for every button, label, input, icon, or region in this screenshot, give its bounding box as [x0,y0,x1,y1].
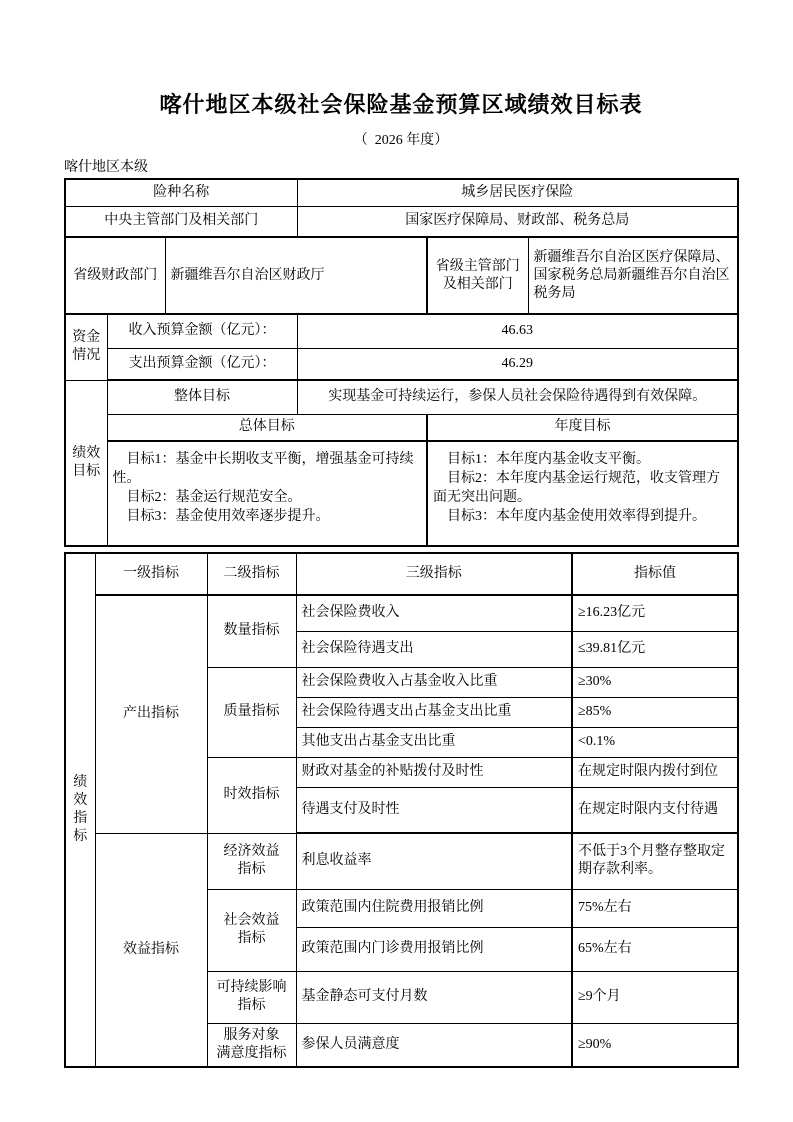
central-dept-label: 中央主管部门及相关部门 [65,206,297,237]
income-budget-row: 资金 情况 收入预算金额（亿元）： 46.63 [65,314,738,348]
goal-text-row: 目标1：基金中长期收支平衡，增强基金可持续性。 目标2：基金运行规范安全。 目标… [65,441,738,546]
basic-info-table: 险种名称 城乡居民医疗保险 中央主管部门及相关部门 国家医疗保障局、财政部、税务… [64,178,739,547]
expense-budget-label: 支出预算金额（亿元）： [107,348,297,380]
level2-header: 二级指标 [207,553,296,595]
level3-header: 三级指标 [296,553,572,595]
indicator-value-cell: ≥85% [572,697,738,727]
insurance-type-label: 险种名称 [65,179,297,206]
document-content: 喀什地区本级社会保险基金预算区域绩效目标表 （ 2026 年度） 喀什地区本级 … [64,92,738,1068]
indicator-value-cell: <0.1% [572,727,738,757]
indicator-value-cell: 65%左右 [572,927,738,971]
indicator-l2-cell: 服务对象 满意度指标 [207,1023,296,1067]
indicator-name-cell: 财政对基金的补贴拨付及时性 [296,757,572,787]
indicator-value-cell: 在规定时限内拨付到位 [572,757,738,787]
indicator-name-cell: 社会保险费收入占基金收入比重 [296,667,572,697]
overall-goal-label: 整体目标 [107,380,297,414]
income-budget-value: 46.63 [297,314,738,348]
expense-budget-value: 46.29 [297,348,738,380]
provincial-dept-value: 新疆维吾尔自治区医疗保障局、 国家税务总局新疆维吾尔自治区税务局 [528,237,738,314]
goal-headers-row: 总体目标 年度目标 [65,414,738,441]
indicator-l2-cell: 可持续影响 指标 [207,971,296,1023]
indicator-value-cell: ≥9个月 [572,971,738,1023]
overall-goal-row: 绩效 目标 整体目标 实现基金可持续运行，参保人员社会保险待遇得到有效保障。 [65,380,738,414]
general-goal-text: 目标1：基金中长期收支平衡，增强基金可持续性。 目标2：基金运行规范安全。 目标… [107,441,427,546]
funds-section-label: 资金 情况 [65,314,107,380]
indicator-value-cell: ≤39.81亿元 [572,631,738,667]
general-goal-header: 总体目标 [107,414,427,441]
indicator-value-cell: ≥30% [572,667,738,697]
document-page: 喀什地区本级社会保险基金预算区域绩效目标表 （ 2026 年度） 喀什地区本级 … [0,0,793,1122]
indicator-name-cell: 社会保险待遇支出 [296,631,572,667]
indicators-header-row: 绩效 指标 一级指标 二级指标 三级指标 指标值 [65,553,738,595]
central-dept-value: 国家医疗保障局、财政部、税务总局 [297,206,738,237]
insurance-type-row: 险种名称 城乡居民医疗保险 [65,179,738,206]
indicator-name-cell: 待遇支付及时性 [296,787,572,833]
insurance-type-value: 城乡居民医疗保险 [297,179,738,206]
indicator-name-cell: 基金静态可支付月数 [296,971,572,1023]
level1-header: 一级指标 [95,553,207,595]
overall-goal-value: 实现基金可持续运行，参保人员社会保险待遇得到有效保障。 [297,380,738,414]
indicator-value-cell: ≥16.23亿元 [572,595,738,631]
indicator-name-cell: 社会保险费收入 [296,595,572,631]
indicator-name-cell: 社会保险待遇支出占基金支出比重 [296,697,572,727]
provincial-dept-label: 省级主管部门 及相关部门 [427,237,528,314]
indicator-value-cell: ≥90% [572,1023,738,1067]
indicator-l1-cell: 效益指标 [95,833,207,1067]
indicator-name-cell: 政策范围内门诊费用报销比例 [296,927,572,971]
annual-goal-text: 目标1：本年度内基金收支平衡。 目标2：本年度内基金运行规范，收支管理方面无突出… [427,441,738,546]
expense-budget-row: 支出预算金额（亿元）： 46.29 [65,348,738,380]
indicator-value-cell: 不低于3个月整存整取定期存款利率。 [572,833,738,889]
value-header: 指标值 [572,553,738,595]
indicator-name-cell: 利息收益率 [296,833,572,889]
indicator-l2-cell: 数量指标 [207,595,296,667]
indicator-name-cell: 政策范围内住院费用报销比例 [296,889,572,927]
document-title: 喀什地区本级社会保险基金预算区域绩效目标表 [64,92,738,118]
provincial-dept-row: 省级财政部门 新疆维吾尔自治区财政厅 省级主管部门 及相关部门 新疆维吾尔自治区… [65,237,738,314]
indicator-row: 效益指标 经济效益 指标 利息收益率 不低于3个月整存整取定期存款利率。 [65,833,738,889]
indicator-l2-cell: 经济效益 指标 [207,833,296,889]
indicator-name-cell: 参保人员满意度 [296,1023,572,1067]
indicator-l1-cell: 产出指标 [95,595,207,833]
goals-section-label: 绩效 目标 [65,380,107,546]
indicator-value-cell: 在规定时限内支付待遇 [572,787,738,833]
indicator-value-cell: 75%左右 [572,889,738,927]
provincial-finance-value: 新疆维吾尔自治区财政厅 [165,237,427,314]
indicator-l2-cell: 时效指标 [207,757,296,833]
document-year: （ 2026 年度） [64,129,738,149]
indicator-l2-cell: 质量指标 [207,667,296,757]
provincial-finance-label: 省级财政部门 [65,237,165,314]
region-label: 喀什地区本级 [64,156,738,176]
indicator-row: 产出指标 数量指标 社会保险费收入 ≥16.23亿元 [65,595,738,631]
indicator-l2-cell: 社会效益 指标 [207,889,296,971]
indicators-section-label: 绩效 指标 [65,553,95,1067]
annual-goal-header: 年度目标 [427,414,738,441]
indicator-name-cell: 其他支出占基金支出比重 [296,727,572,757]
income-budget-label: 收入预算金额（亿元）： [107,314,297,348]
indicators-table: 绩效 指标 一级指标 二级指标 三级指标 指标值 产出指标 数量指标 社会保险费… [64,552,739,1068]
central-dept-row: 中央主管部门及相关部门 国家医疗保障局、财政部、税务总局 [65,206,738,237]
